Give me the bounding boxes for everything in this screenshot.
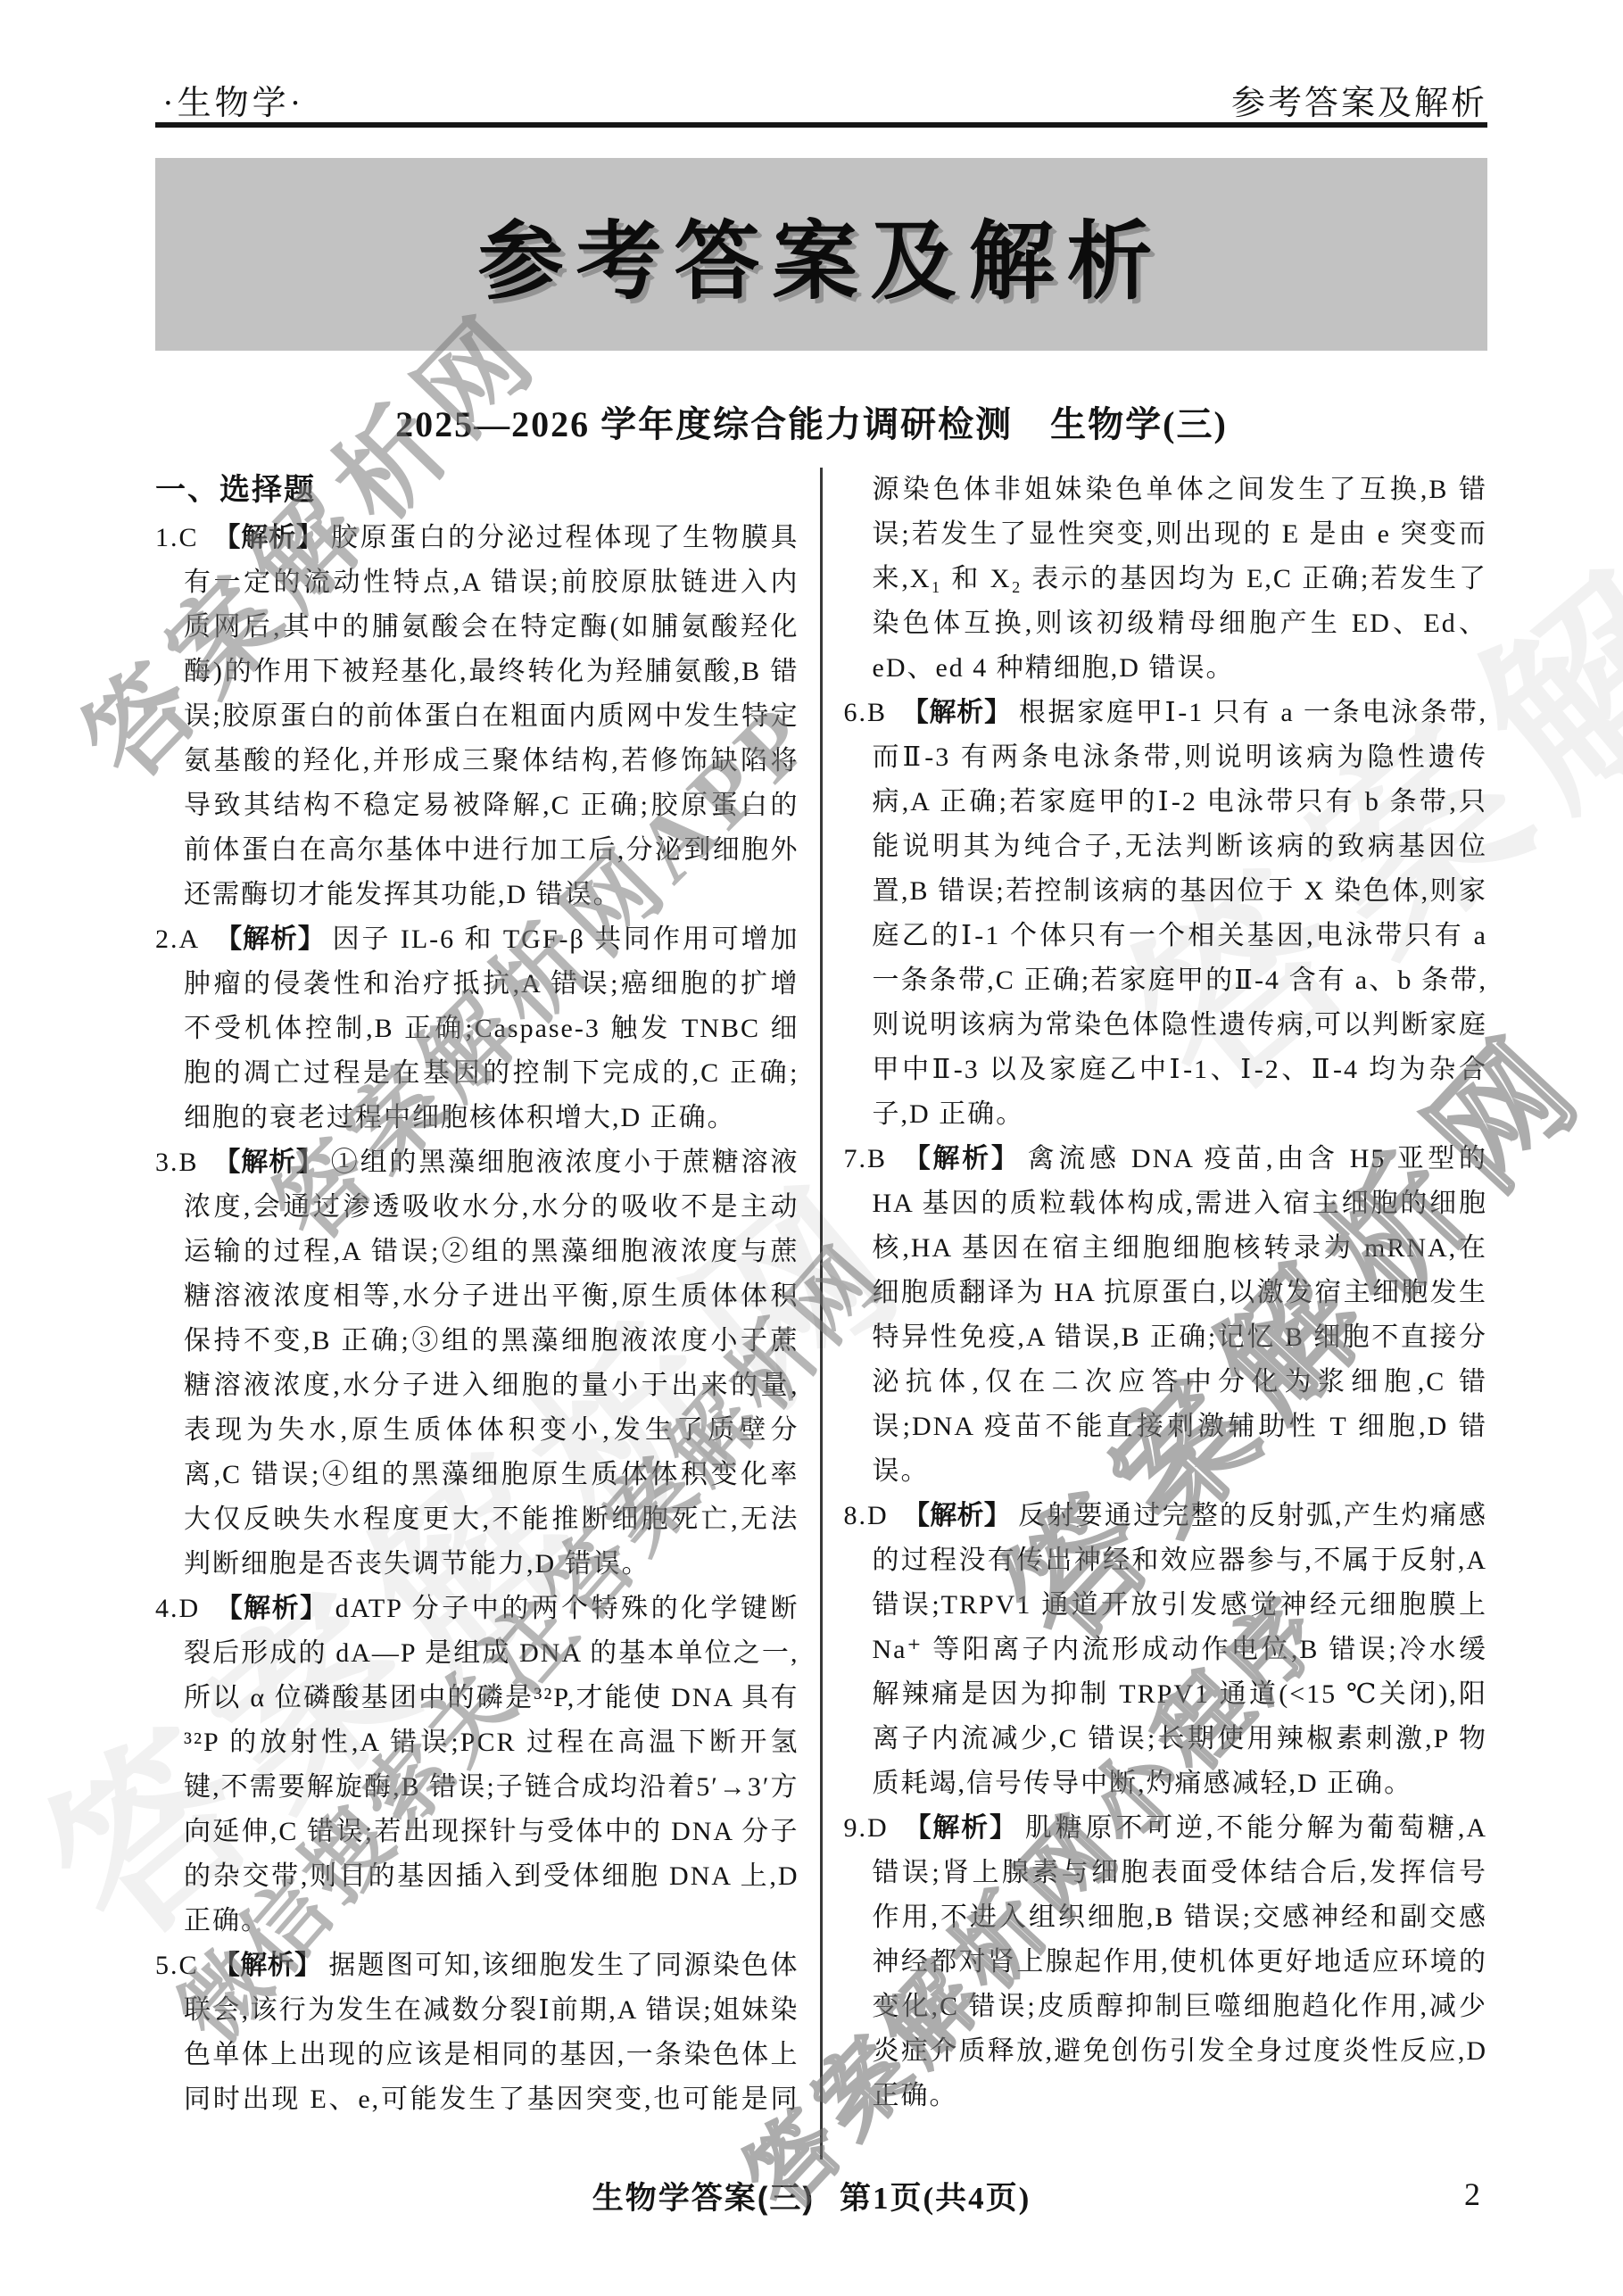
analysis-label: 【解析】 — [213, 523, 324, 552]
exam-subtitle: 2025—2026 学年度综合能力调研检测 生物学(三) — [0, 396, 1623, 447]
page-title: 参考答案及解析 — [478, 194, 1165, 316]
question-number-answer: 7.B — [844, 1144, 888, 1173]
analysis-label: 【解析】 — [213, 1951, 322, 1980]
analysis-text: 因子 IL-6 和 TGF-β 共同作用可增加肿瘤的侵袭性和治疗抵抗,A 错误;… — [184, 924, 799, 1132]
analysis-text: 根据家庭甲Ⅰ-1 只有 a 一条电泳条带,而Ⅱ-3 有两条电泳条带,则说明该病为… — [873, 698, 1488, 1129]
title-banner: 参考答案及解析 — [155, 158, 1487, 351]
analysis-label: 【解析】 — [214, 1594, 327, 1623]
analysis-label: 【解析】 — [901, 1144, 1021, 1173]
question-number-answer: 6.B — [844, 698, 888, 727]
question-item: 3.B【解析】①组的黑藻细胞液浓度小于蔗糖溶液浓度,会通过渗透吸收水分,水分的吸… — [155, 1140, 799, 1587]
analysis-label: 【解析】 — [903, 1813, 1018, 1843]
question-item: 1.C【解析】胶原蛋白的分泌过程体现了生物膜具有一定的流动性特点,A 错误;前胶… — [155, 516, 799, 917]
footer-page-info: 第1页(共4页) — [840, 2181, 1031, 2216]
question-number-answer: 2.A — [155, 924, 200, 954]
analysis-text: dATP 分子中的两个特殊的化学键断裂后形成的 dA—P 是组成 DNA 的基本… — [184, 1594, 799, 1935]
analysis-label: 【解析】 — [901, 698, 1012, 727]
page-footer: 生物学答案(三)第1页(共4页) — [0, 2174, 1623, 2218]
question-item: 4.D【解析】dATP 分子中的两个特殊的化学键断裂后形成的 dA—P 是组成 … — [155, 1587, 799, 1944]
analysis-label: 【解析】 — [214, 924, 325, 954]
analysis-text: 肌糖原不可逆,不能分解为葡萄糖,A 错误;肾上腺素与细胞表面受体结合后,发挥信号… — [873, 1813, 1488, 2110]
question-number-answer: 5.C — [155, 1951, 199, 1980]
header-rule — [155, 122, 1487, 128]
analysis-text: 胶原蛋白的分泌过程体现了生物膜具有一定的流动性特点,A 错误;前胶原肽链进入内质… — [184, 523, 799, 909]
question-item: 8.D【解析】反射要通过完整的反射弧,产生灼痛感的过程没有传出神经和效应器参与,… — [844, 1494, 1488, 1806]
question-item: 6.B【解析】根据家庭甲Ⅰ-1 只有 a 一条电泳条带,而Ⅱ-3 有两条电泳条带… — [844, 691, 1488, 1137]
corner-page-number: 2 — [1464, 2176, 1480, 2213]
analysis-label: 【解析】 — [213, 1148, 324, 1177]
header-title-label: 参考答案及解析 — [1231, 75, 1487, 124]
question-item: 7.B【解析】禽流感 DNA 疫苗,由含 H5 亚型的 HA 基因的质粒载体构成… — [844, 1137, 1488, 1494]
question-number-answer: 1.C — [155, 523, 199, 552]
footer-exam-title: 生物学答案(三) — [592, 2181, 815, 2216]
analysis-text: 反射要通过完整的反射弧,产生灼痛感的过程没有传出神经和效应器参与,不属于反射,A… — [873, 1501, 1488, 1798]
analysis-text: ①组的黑藻细胞液浓度小于蔗糖溶液浓度,会通过渗透吸收水分,水分的吸收不是主动运输… — [184, 1148, 799, 1579]
question-item: 2.A【解析】因子 IL-6 和 TGF-β 共同作用可增加肿瘤的侵袭性和治疗抵… — [155, 917, 799, 1140]
answers-two-column-flow: 一、选择题 1.C【解析】胶原蛋白的分泌过程体现了生物膜具有一定的流动性特点,A… — [155, 468, 1487, 2159]
answer-key-page: ·生物学· 参考答案及解析 参考答案及解析 2025—2026 学年度综合能力调… — [0, 0, 1623, 2296]
analysis-label: 【解析】 — [903, 1501, 1011, 1530]
section-heading: 一、选择题 — [155, 468, 799, 512]
header-subject-label: ·生物学· — [162, 75, 304, 124]
question-number-answer: 3.B — [155, 1148, 199, 1177]
question-number-answer: 8.D — [844, 1501, 889, 1530]
analysis-text: 禽流感 DNA 疫苗,由含 H5 亚型的 HA 基因的质粒载体构成,需进入宿主细… — [873, 1144, 1488, 1486]
question-item: 9.D【解析】肌糖原不可逆,不能分解为葡萄糖,A 错误;肾上腺素与细胞表面受体结… — [844, 1806, 1488, 2118]
question-number-answer: 4.D — [155, 1594, 200, 1623]
question-number-answer: 9.D — [844, 1813, 889, 1843]
